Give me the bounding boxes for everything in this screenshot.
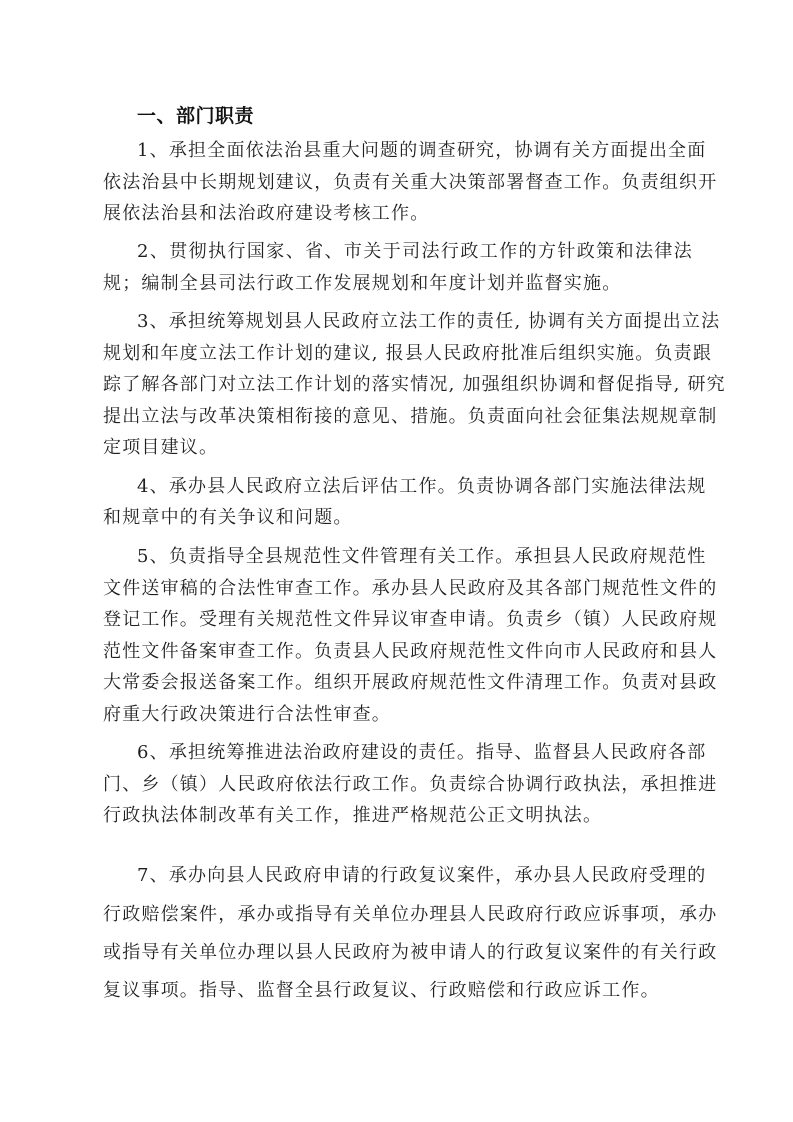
paragraph-3-line-2: 规划和年度立法工作计划的建议, 报县人民政府批准后组织实施。负责跟 <box>103 342 693 366</box>
section-heading: 一、部门职责 <box>137 104 254 128</box>
paragraph-7-line-4: 复议事项。指导、监督全县行政复议、行政赔偿和行政应诉工作。 <box>103 979 693 1003</box>
paragraph-5-line-2: 文件送审稿的合法性审查工作。承办县人民政府及其各部门规范性文件的 <box>103 577 693 601</box>
paragraph-3-line-1: 3、承担统筹规划县人民政府立法工作的责任, 协调有关方面提出立法 <box>137 310 693 334</box>
document-page: 一、部门职责 1、承担全面依法治县重大问题的调查研究，协调有关方面提出全面 依法… <box>0 0 793 1122</box>
paragraph-5-line-6: 府重大行政决策进行合法性审查。 <box>103 703 693 727</box>
paragraph-7-line-2: 行政赔偿案件，承办或指导有关单位办理县人民政府行政应诉事项，承办 <box>103 903 693 927</box>
paragraph-4-line-2: 和规章中的有关争议和问题。 <box>103 506 693 530</box>
paragraph-5-line-5: 大常委会报送备案工作。组织开展政府规范性文件清理工作。负责对县政 <box>103 671 693 695</box>
paragraph-6-line-1: 6、承担统筹推进法治政府建设的责任。指导、监督县人民政府各部 <box>137 741 693 765</box>
paragraph-7-line-1: 7、承办向县人民政府申请的行政复议案件，承办县人民政府受理的 <box>137 864 693 888</box>
paragraph-4-line-1: 4、承办县人民政府立法后评估工作。负责协调各部门实施法律法规 <box>137 475 693 499</box>
paragraph-1-line-3: 展依法治县和法治政府建设考核工作。 <box>103 202 693 226</box>
paragraph-3-line-5: 定项目建议。 <box>103 436 693 460</box>
paragraph-6-line-3: 行政执法体制改革有关工作，推进严格规范公正文明执法。 <box>103 804 693 828</box>
paragraph-5-line-4: 范性文件备案审查工作。负责县人民政府规范性文件向市人民政府和县人 <box>103 640 693 664</box>
paragraph-2-line-1: 2、贯彻执行国家、省、市关于司法行政工作的方针政策和法律法 <box>137 240 693 264</box>
paragraph-5-line-3: 登记工作。受理有关规范性文件异议审查申请。负责乡（镇）人民政府规 <box>103 608 693 632</box>
paragraph-3-line-4: 提出立法与改革决策相衔接的意见、措施。负责面向社会征集法规规章制 <box>103 405 693 429</box>
paragraph-6-line-2: 门、乡（镇）人民政府依法行政工作。负责综合协调行政执法，承担推进 <box>103 773 693 797</box>
paragraph-3-line-3: 踪了解各部门对立法工作计划的落实情况, 加强组织协调和督促指导, 研究 <box>103 373 693 397</box>
paragraph-2-line-2: 规；编制全县司法行政工作发展规划和年度计划并监督实施。 <box>103 272 693 296</box>
paragraph-7-line-3: 或指导有关单位办理以县人民政府为被申请人的行政复议案件的有关行政 <box>103 941 693 965</box>
paragraph-5-line-1: 5、负责指导全县规范性文件管理有关工作。承担县人民政府规范性 <box>137 545 693 569</box>
paragraph-1-line-2: 依法治县中长期规划建议，负责有关重大决策部署督查工作。负责组织开 <box>103 171 693 195</box>
paragraph-1-line-1: 1、承担全面依法治县重大问题的调查研究，协调有关方面提出全面 <box>137 139 693 163</box>
